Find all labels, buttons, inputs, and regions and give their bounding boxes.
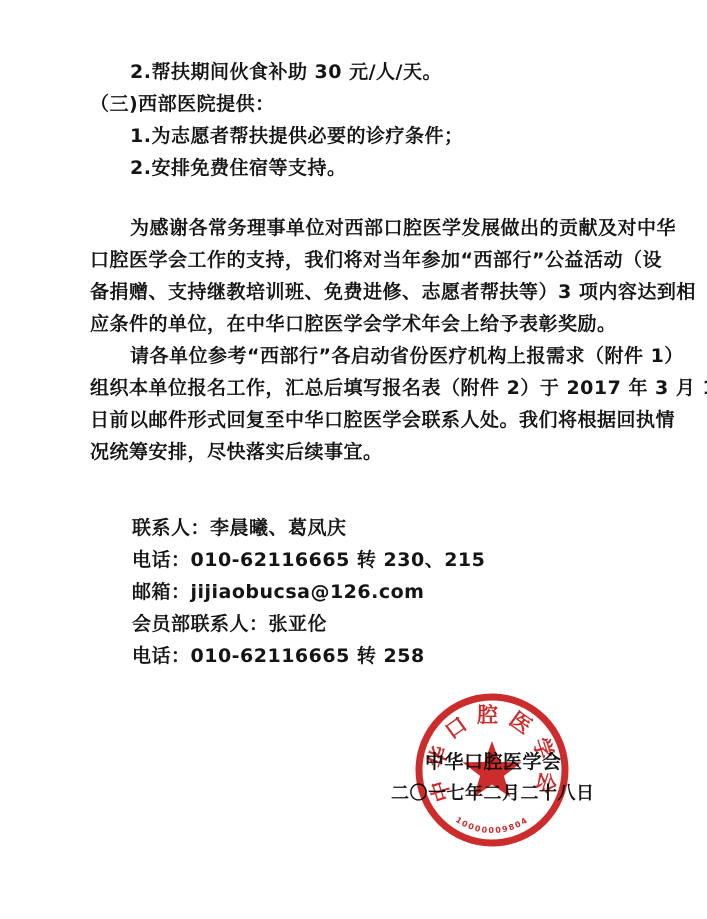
body-line: 请各单位参考“西部行”各启动省份医疗机构上报需求（附件 1） xyxy=(90,340,650,372)
contact-line: 邮箱：jijiaobucsa@126.com xyxy=(132,576,552,608)
list-block: 2.帮扶期间伙食补助 30 元/人/天。 （三)西部医院提供： 1.为志愿者帮扶… xyxy=(90,56,650,184)
body-line: 况统筹安排，尽快落实后续事宜。 xyxy=(90,436,650,468)
body-line: 组织本单位报名工作，汇总后填写报名表（附件 2）于 2017 年 3 月 13 xyxy=(90,372,650,404)
contact-block: 联系人：李晨曦、葛凤庆 电话：010-62116665 转 230、215 邮箱… xyxy=(132,512,552,672)
contact-line: 会员部联系人：张亚伦 xyxy=(132,608,552,640)
body-line: 为感谢各常务理事单位对西部口腔医学发展做出的贡献及对中华 xyxy=(90,212,650,244)
body-line: 备捐赠、支持继教培训班、免费进修、志愿者帮扶等）3 项内容达到相 xyxy=(90,276,650,308)
paragraph-block: 为感谢各常务理事单位对西部口腔医学发展做出的贡献及对中华 口腔医学会工作的支持，… xyxy=(90,212,650,468)
list-line: 1.为志愿者帮扶提供必要的诊疗条件； xyxy=(90,120,650,152)
contact-line: 电话：010-62116665 转 258 xyxy=(132,640,552,672)
seal-star-icon xyxy=(463,741,522,797)
body-line: 日前以邮件形式回复至中华口腔医学会联系人处。我们将根据回执情 xyxy=(90,404,650,436)
official-seal: 中华口腔医学会 1100000098046 xyxy=(407,685,577,855)
list-line: 2.安排免费住宿等支持。 xyxy=(90,152,650,184)
list-line: （三)西部医院提供： xyxy=(90,88,650,120)
body-line: 应条件的单位，在中华口腔医学会学术年会上给予表彰奖励。 xyxy=(90,308,650,340)
list-line: 2.帮扶期间伙食补助 30 元/人/天。 xyxy=(90,56,650,88)
contact-line: 电话：010-62116665 转 230、215 xyxy=(132,544,552,576)
contact-line: 联系人：李晨曦、葛凤庆 xyxy=(132,512,552,544)
body-line: 口腔医学会工作的支持，我们将对当年参加“西部行”公益活动（设 xyxy=(90,244,650,276)
document-page: 2.帮扶期间伙食补助 30 元/人/天。 （三)西部医院提供： 1.为志愿者帮扶… xyxy=(0,0,707,919)
